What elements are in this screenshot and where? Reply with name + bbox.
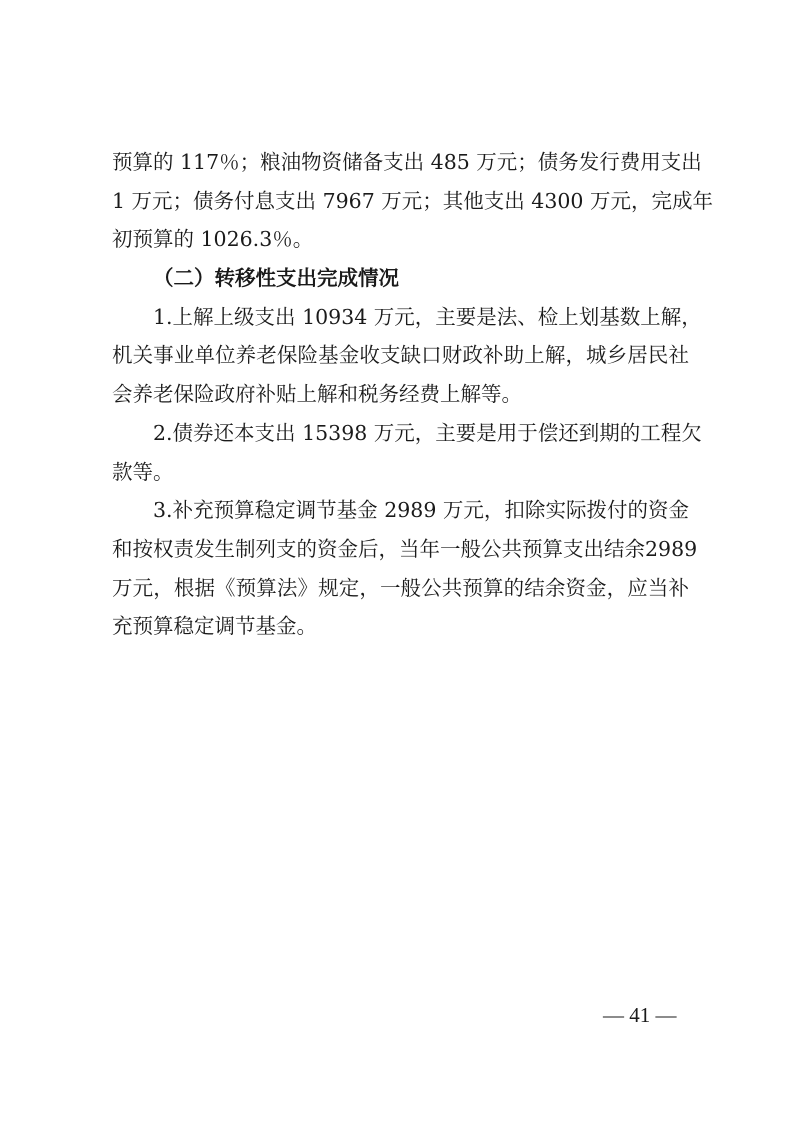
text-line: 2.债券还本支出 15398 万元，主要是用于偿还到期的工程欠 (112, 414, 689, 453)
paragraph-expenditure-continuation: 预算的 117％；粮油物资储备支出 485 万元；债务发行费用支出 1 万元；债… (112, 143, 689, 259)
paragraph-upper-level-remittance: 1.上解上级支出 10934 万元，主要是法、检上划基数上解， 机关事业单位养老… (112, 298, 689, 414)
text-line: 1 万元；债务付息支出 7967 万元；其他支出 4300 万元，完成年 (112, 182, 689, 221)
paragraph-bond-principal-repayment: 2.债券还本支出 15398 万元，主要是用于偿还到期的工程欠 款等。 (112, 414, 689, 491)
section-heading: （二）转移性支出完成情况 (112, 259, 689, 298)
paragraph-budget-stabilization-fund: 3.补充预算稳定调节基金 2989 万元，扣除实际拨付的资金 和按权责发生制列支… (112, 491, 689, 646)
text-line: 3.补充预算稳定调节基金 2989 万元，扣除实际拨付的资金 (112, 491, 689, 530)
text-line: 1.上解上级支出 10934 万元，主要是法、检上划基数上解， (112, 298, 689, 337)
document-page: 预算的 117％；粮油物资储备支出 485 万元；债务发行费用支出 1 万元；债… (112, 143, 689, 646)
text-line: 初预算的 1026.3％。 (112, 220, 689, 259)
page-number: — 41 — (603, 1003, 677, 1028)
text-line: 和按权责发生制列支的资金后，当年一般公共预算支出结余2989 (112, 530, 689, 569)
text-line: 款等。 (112, 453, 689, 492)
text-line: 机关事业单位养老保险基金收支缺口财政补助上解，城乡居民社 (112, 336, 689, 375)
text-line: 充预算稳定调节基金。 (112, 607, 689, 646)
text-line: 会养老保险政府补贴上解和税务经费上解等。 (112, 375, 689, 414)
heading-text: （二）转移性支出完成情况 (112, 259, 689, 298)
text-line: 预算的 117％；粮油物资储备支出 485 万元；债务发行费用支出 (112, 143, 689, 182)
text-line: 万元，根据《预算法》规定，一般公共预算的结余资金，应当补 (112, 569, 689, 608)
